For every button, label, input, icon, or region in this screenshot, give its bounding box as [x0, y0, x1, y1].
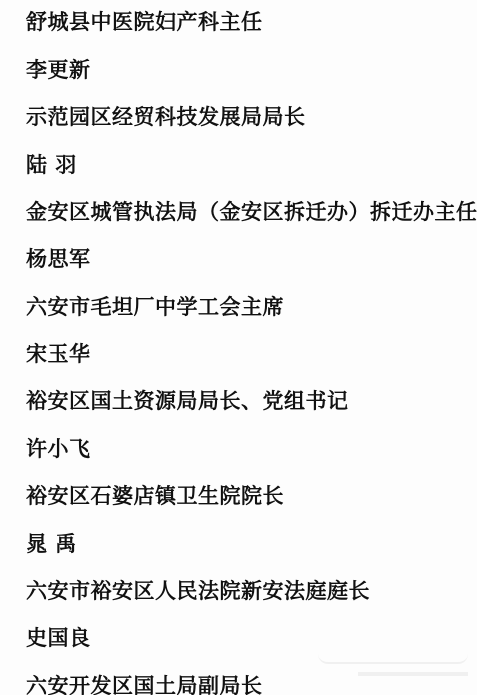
watermark-logo: [318, 640, 468, 685]
name-line: 杨思军: [26, 244, 91, 274]
name-line: 宋玉华: [26, 339, 91, 369]
position-line: 六安市裕安区人民法院新安法庭庭长: [26, 576, 370, 606]
position-line: 六安开发区国土局副局长: [26, 671, 263, 695]
position-line: 裕安区国土资源局局长、党组书记: [26, 386, 349, 416]
position-line: 示范园区经贸科技发展局局长: [26, 102, 306, 132]
watermark-mark: [318, 642, 468, 664]
position-line: 舒城县中医院妇产科主任: [26, 7, 263, 37]
name-line: 陆 羽: [26, 150, 77, 180]
name-line: 李更新: [26, 55, 91, 85]
watermark-underline: [358, 672, 468, 676]
name-line: 史国良: [26, 623, 91, 653]
name-line: 晁 禹: [26, 529, 77, 559]
position-line: 裕安区石婆店镇卫生院院长: [26, 481, 284, 511]
position-line: 金安区城管执法局（金安区拆迁办）拆迁办主任: [26, 197, 477, 227]
name-line: 许小飞: [26, 434, 91, 464]
position-line: 六安市毛坦厂中学工会主席: [26, 292, 284, 322]
